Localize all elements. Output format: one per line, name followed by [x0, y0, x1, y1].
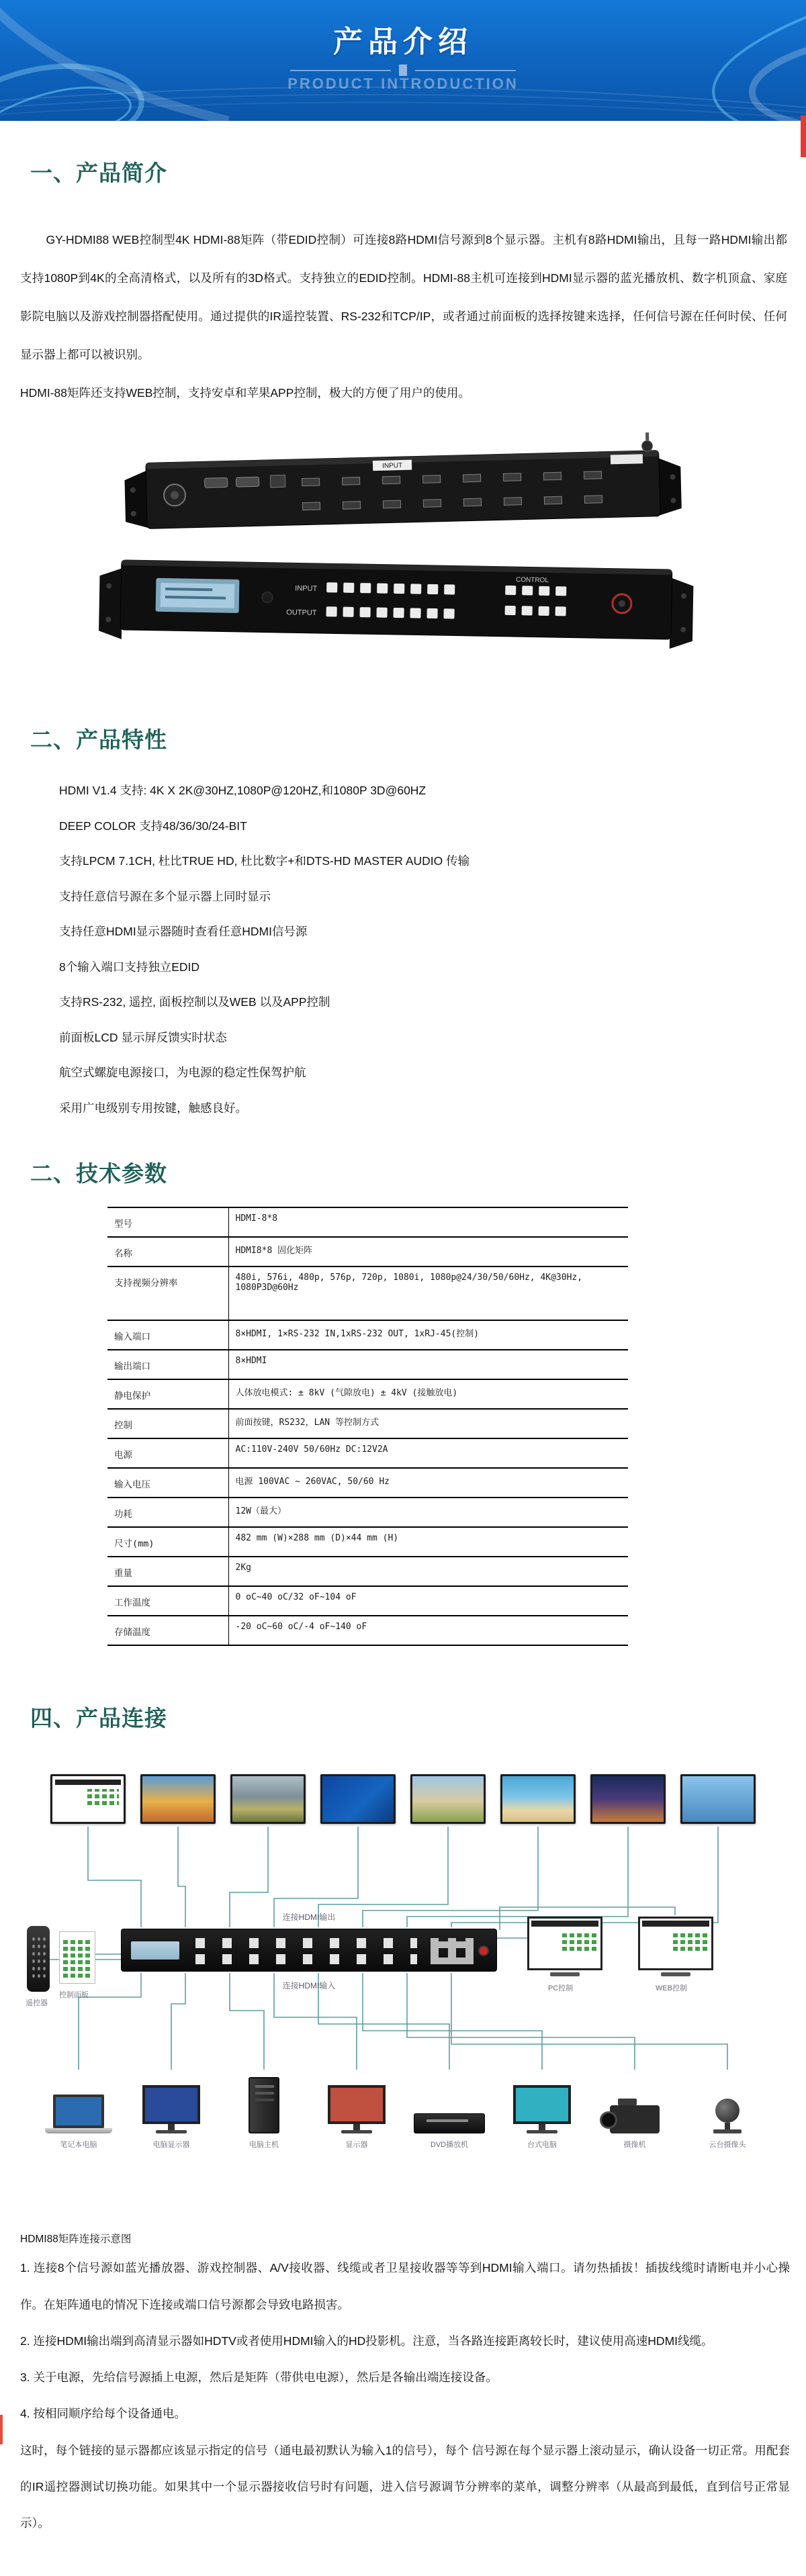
left-red-mark — [0, 2415, 3, 2444]
spec-row: 支持视频分辨率480i, 576i, 480p, 576p, 720p, 108… — [107, 1267, 628, 1320]
output-bus-label: 连接HDMI输出 — [262, 1911, 356, 1923]
source-device-label: 笔记本电脑 — [60, 2139, 97, 2150]
spec-value: 人体放电模式: ± 8kV (气隙放电) ± 4kV (接触放电) — [228, 1379, 628, 1409]
output-displays — [50, 1774, 756, 1824]
source-device-ptz: 云台摄像头 — [687, 2070, 768, 2133]
spec-label: 输出端口 — [107, 1350, 228, 1379]
output-display-beach — [500, 1774, 576, 1824]
spec-label: 输入端口 — [107, 1320, 228, 1350]
connection-instructions: 1. 连接8个信号源如蓝光播放器、游戏控制器、A/V接收器、线缆或者卫星接收器等… — [20, 2250, 790, 2541]
spec-label: 静电保护 — [107, 1379, 228, 1409]
page-title: 产品介绍 — [0, 17, 806, 60]
pc-monitor-stand — [550, 1972, 580, 1976]
section-intro-title: 一、产品简介 — [30, 156, 806, 187]
spec-value: 480i, 576i, 480p, 576p, 720p, 1080i, 108… — [228, 1267, 628, 1320]
spec-label: 型号 — [107, 1207, 228, 1237]
instruction-paragraph: 4. 按相同顺序给每个设备通电。 — [20, 2395, 790, 2432]
feature-item: 航空式螺旋电源接口，为电源的稳定性保驾护航 — [59, 1055, 787, 1091]
spec-label: 名称 — [107, 1237, 228, 1267]
matrix-power-led — [480, 1947, 488, 1955]
source-device-label: 显示器 — [346, 2139, 368, 2150]
content: 一、产品简介 GY-HDMI88 WEB控制型4K HDMI-88矩阵（带EDI… — [0, 156, 806, 2541]
instruction-paragraph: 1. 连接8个信号源如蓝光播放器、游戏控制器、A/V接收器、线缆或者卫星接收器等… — [20, 2250, 790, 2323]
section-connection-title: 四、产品连接 — [30, 1701, 806, 1733]
source-device-tower: 电脑主机 — [224, 2070, 304, 2133]
spec-value: 12W（最大） — [228, 1498, 628, 1527]
matrix-buttons-row1 — [195, 1938, 417, 1948]
source-device-label: 台式电脑 — [527, 2139, 557, 2150]
source-device-monitor: 台式电脑 — [502, 2070, 582, 2133]
output-display-mountain — [230, 1774, 306, 1824]
web-control-label: WEB控制 — [656, 1982, 687, 1993]
feature-item: 前面板LCD 显示屏反馈实时状态 — [59, 1020, 787, 1056]
source-device-monitor: 电脑显示器 — [131, 2070, 212, 2133]
spec-value: 0 oC~40 oC/32 oF~104 oF — [228, 1586, 628, 1616]
side-red-tab[interactable] — [801, 116, 806, 157]
instruction-paragraph: 3. 关于电源，先给信号源插上电源，然后是矩阵（带供电电源），然后是各输出端连接… — [20, 2359, 790, 2395]
source-device-monitor: 显示器 — [316, 2070, 397, 2133]
spec-row: 输出端口8×HDMI — [107, 1350, 628, 1379]
specs-table: 型号HDMI-8*8名称HDMI8*8 固化矩阵支持视频分辨率480i, 576… — [107, 1207, 628, 1646]
section-specs: 二、技术参数 型号HDMI-8*8名称HDMI8*8 固化矩阵支持视频分辨率48… — [0, 1156, 806, 1646]
matrix-device — [121, 1929, 497, 1972]
pc-control-monitor — [527, 1917, 602, 1970]
banner: 产品介绍 PRODUCT INTRODUCTION — [0, 0, 806, 121]
intro-paragraph-2: HDMI-88矩阵还支持WEB控制，支持安卓和苹果APP控制，极大的方便了用户的… — [20, 374, 787, 412]
spec-value: HDMI8*8 固化矩阵 — [228, 1237, 628, 1267]
section-specs-title: 二、技术参数 — [30, 1156, 806, 1188]
spec-row: 型号HDMI-8*8 — [107, 1207, 628, 1237]
spec-label: 工作温度 — [107, 1586, 228, 1616]
matrix-lcd — [131, 1941, 179, 1960]
spec-row: 存储温度-20 oC~60 oC/-4 oF~140 oF — [107, 1616, 628, 1645]
features-list: HDMI V1.4 支持: 4K X 2K@30HZ,1080P@120HZ,和… — [59, 773, 787, 1125]
ir-remote-label: 遥控器 — [26, 1997, 48, 2008]
intro-paragraph-1: GY-HDMI88 WEB控制型4K HDMI-88矩阵（带EDID控制）可连接… — [20, 221, 787, 374]
spec-label: 存储温度 — [107, 1616, 228, 1645]
product-photo: INPUT INPUT OUTPUT — [0, 420, 806, 705]
source-device-laptop: 笔记本电脑 — [38, 2070, 119, 2133]
spec-label: 重量 — [107, 1557, 228, 1586]
output-display-portrait — [320, 1774, 396, 1824]
spec-row: 电源AC:110V-240V 50/60Hz DC:12V2A — [107, 1438, 628, 1468]
spec-label: 输入电压 — [107, 1468, 228, 1498]
spec-value: 2Kg — [228, 1557, 628, 1586]
section-connection: 四、产品连接 — [0, 1701, 806, 2541]
feature-item: HDMI V1.4 支持: 4K X 2K@30HZ,1080P@120HZ,和… — [59, 773, 787, 809]
spec-label: 功耗 — [107, 1498, 228, 1527]
spec-row: 尺寸(mm)482 mm (W)×288 mm (D)×44 mm (H) — [107, 1527, 628, 1557]
spec-label: 尺寸(mm) — [107, 1527, 228, 1557]
feature-item: DEEP COLOR 支持48/36/30/24-BIT — [59, 809, 787, 844]
source-device-cam: 摄像机 — [594, 2070, 675, 2133]
connection-diagram: 连接HDMI输出 遥控器 控制面板 连接HDMI输入 PC控制 — [20, 1774, 786, 2219]
matrix-control-buttons — [431, 1938, 474, 1964]
spec-value: HDMI-8*8 — [228, 1207, 628, 1237]
spec-row: 静电保护人体放电模式: ± 8kV (气隙放电) ± 4kV (接触放电) — [107, 1379, 628, 1409]
spec-row: 工作温度0 oC~40 oC/32 oF~104 oF — [107, 1586, 628, 1616]
connector-lines — [20, 1774, 786, 2219]
feature-item: 支持LPCM 7.1CH, 杜比TRUE HD, 杜比数字+和DTS-HD MA… — [59, 843, 787, 879]
spec-row: 名称HDMI8*8 固化矩阵 — [107, 1237, 628, 1267]
web-control-monitor — [638, 1917, 713, 1970]
input-bus-label: 连接HDMI输入 — [262, 1980, 356, 1991]
source-device-label: 摄像机 — [624, 2139, 646, 2150]
svg-text:INPUT: INPUT — [382, 462, 402, 470]
output-display-field — [410, 1774, 486, 1824]
page: 产品介绍 PRODUCT INTRODUCTION 一、产品简介 GY-HDMI… — [0, 0, 806, 2576]
control-panel-label: 控制面板 — [59, 1989, 89, 2000]
diagram-caption: HDMI88矩阵连接示意图 — [20, 2231, 806, 2246]
spec-value: 前面按键，RS232，LAN 等控制方式 — [228, 1409, 628, 1438]
spec-label: 支持视频分辨率 — [107, 1267, 228, 1320]
instruction-paragraph: 2. 连接HDMI输出端到高清显示器如HDTV或者使用HDMI输入的HD投影机。… — [20, 2323, 790, 2359]
output-display-sky — [680, 1774, 756, 1824]
ir-remote — [27, 1926, 50, 1992]
output-display-ui — [50, 1774, 126, 1824]
feature-item: 采用广电级别专用按键，触感良好。 — [59, 1091, 787, 1126]
page-subtitle: PRODUCT INTRODUCTION — [0, 75, 806, 93]
feature-item: 支持RS-232, 遥控, 面板控制以及WEB 以及APP控制 — [59, 984, 787, 1020]
spec-row: 输入端口8×HDMI, 1×RS-232 IN,1xRS-232 OUT, 1x… — [107, 1320, 628, 1350]
instruction-paragraph: 这时，每个链接的显示器都应该显示指定的信号（通电最初默认为输入1的信号），每个 … — [20, 2432, 790, 2542]
spec-value: AC:110V-240V 50/60Hz DC:12V2A — [228, 1438, 628, 1468]
spec-label: 控制 — [107, 1409, 228, 1438]
source-device-dvd: DVD播放机 — [409, 2070, 490, 2133]
web-monitor-stand — [661, 1972, 690, 1976]
svg-text:INPUT: INPUT — [295, 585, 317, 594]
feature-item: 支持任意HDMI显示器随时查看任意HDMI信号源 — [59, 914, 787, 950]
spec-value: 8×HDMI — [228, 1350, 628, 1379]
spec-value: 电源 100VAC ~ 260VAC, 50/60 Hz — [228, 1468, 628, 1498]
title-divider — [0, 64, 806, 76]
input-sources: 笔记本电脑电脑显示器电脑主机显示器DVD播放机台式电脑摄像机云台摄像头 — [38, 2070, 768, 2133]
spec-value: 482 mm (W)×288 mm (D)×44 mm (H) — [228, 1527, 628, 1557]
output-display-city — [590, 1774, 666, 1824]
spec-value: -20 oC~60 oC/-4 oF~140 oF — [228, 1616, 628, 1645]
spec-label: 电源 — [107, 1438, 228, 1468]
output-display-sunset — [140, 1774, 216, 1824]
control-panel-thumb — [59, 1931, 95, 1984]
source-device-label: 云台摄像头 — [709, 2139, 746, 2150]
spec-row: 输入电压电源 100VAC ~ 260VAC, 50/60 Hz — [107, 1468, 628, 1498]
source-device-label: 电脑主机 — [249, 2139, 279, 2150]
svg-text:OUTPUT: OUTPUT — [286, 609, 317, 618]
spec-value: 8×HDMI, 1×RS-232 IN,1xRS-232 OUT, 1xRJ-4… — [228, 1320, 628, 1350]
source-device-label: 电脑显示器 — [153, 2139, 190, 2150]
feature-item: 支持任意信号源在多个显示器上同时显示 — [59, 879, 787, 915]
section-features-title: 二、产品特性 — [30, 723, 806, 754]
matrix-buttons-row2 — [195, 1954, 417, 1964]
source-device-label: DVD播放机 — [431, 2139, 468, 2150]
spec-row: 控制前面按键，RS232，LAN 等控制方式 — [107, 1409, 628, 1438]
specs-table-body: 型号HDMI-8*8名称HDMI8*8 固化矩阵支持视频分辨率480i, 576… — [107, 1207, 628, 1645]
pc-control-label: PC控制 — [548, 1982, 573, 1993]
svg-text:CONTROL: CONTROL — [516, 576, 549, 584]
spec-row: 重量2Kg — [107, 1557, 628, 1586]
spec-row: 功耗12W（最大） — [107, 1498, 628, 1527]
section-intro: 一、产品简介 GY-HDMI88 WEB控制型4K HDMI-88矩阵（带EDI… — [0, 156, 806, 412]
feature-item: 8个输入端口支持独立EDID — [59, 950, 787, 985]
section-features: 二、产品特性 HDMI V1.4 支持: 4K X 2K@30HZ,1080P@… — [0, 723, 806, 1125]
